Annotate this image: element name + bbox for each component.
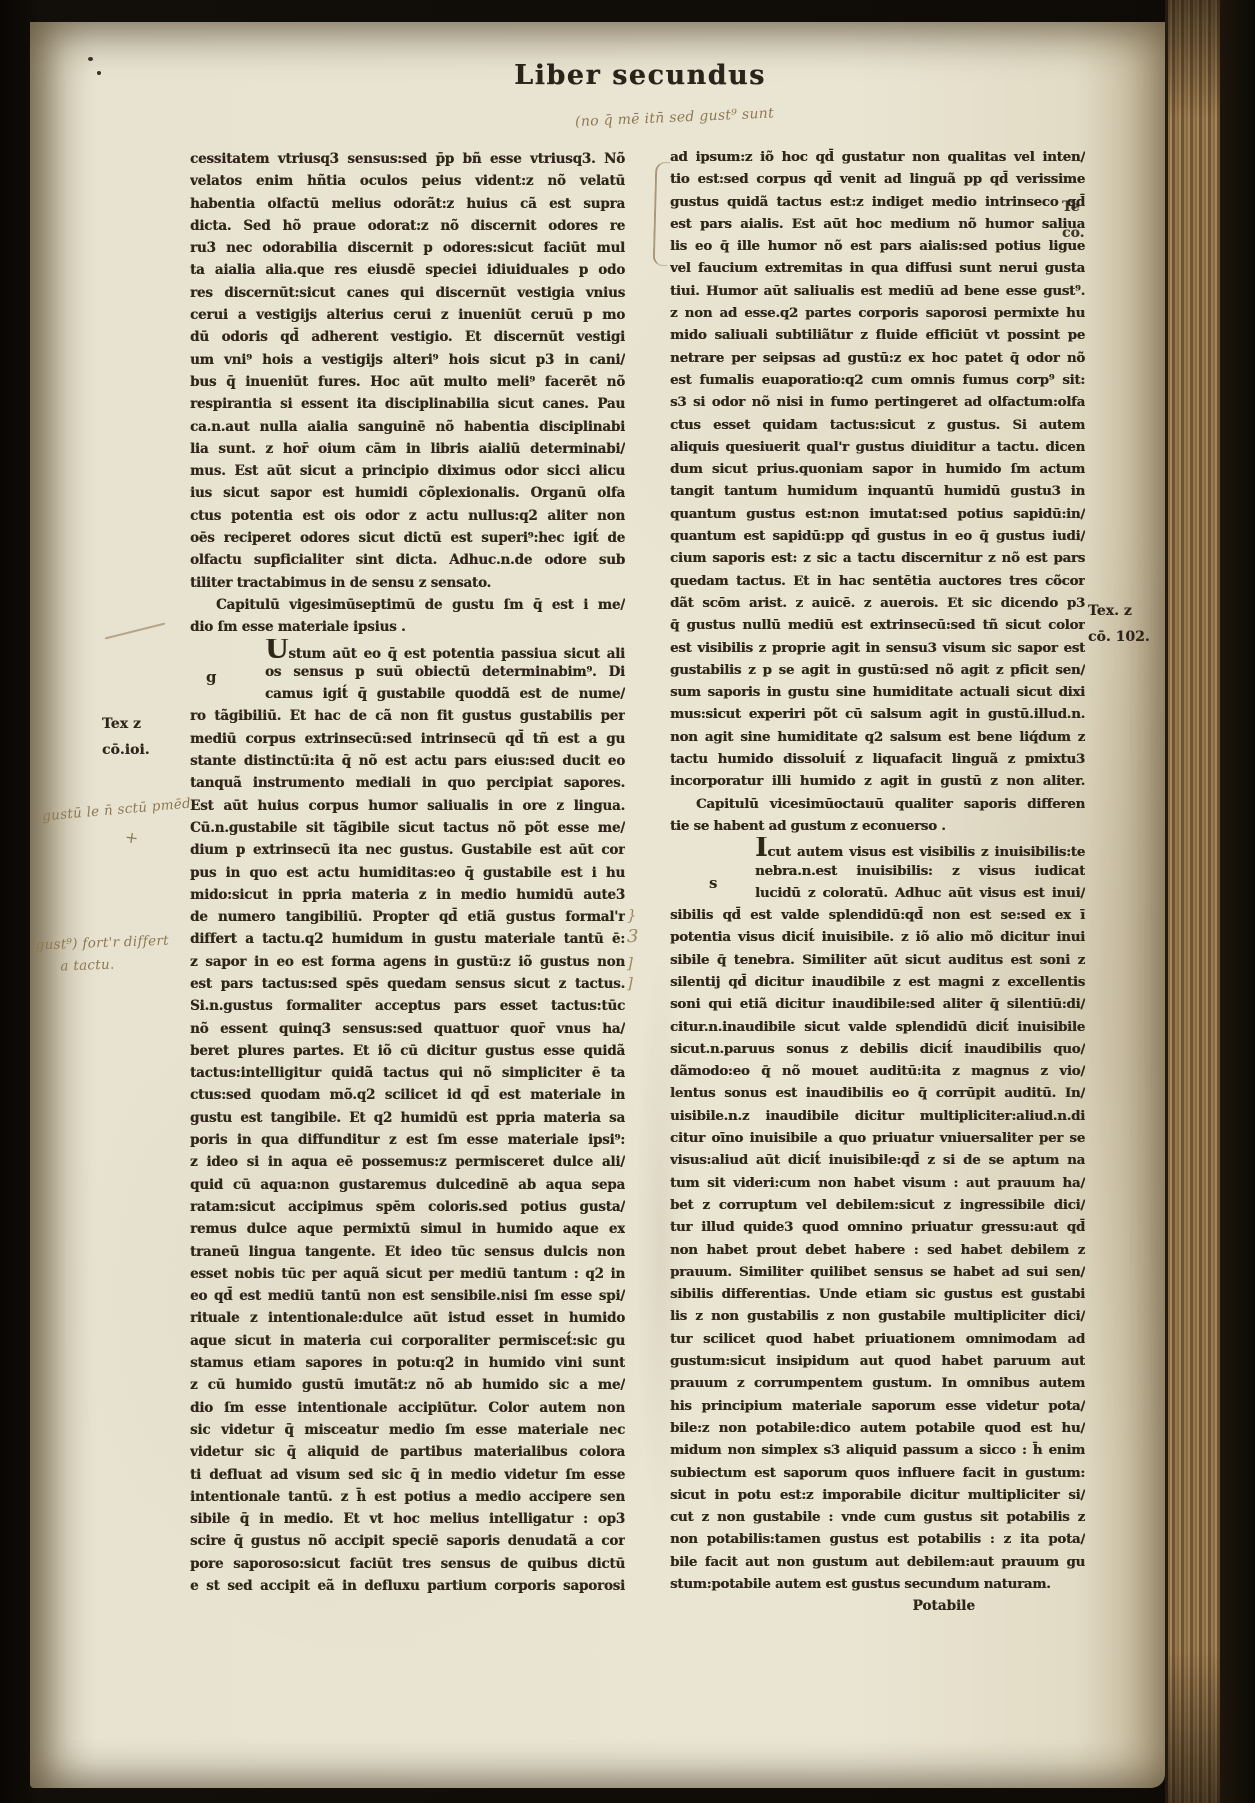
text-line: cessitatem vtriusq3 sensus:sed p̄p bñ es…: [190, 148, 625, 170]
text-line: sibile q̄ tenebra. Similiter aūt sicut a…: [670, 949, 1085, 971]
text-line: sibile q̄ in medio. Et vt hoc melius int…: [190, 1508, 625, 1530]
text-line: ru3 nec odorabilia discernit p odores:si…: [190, 237, 625, 259]
page-title: Liber secundus: [440, 60, 840, 91]
text-line: tactus:intelligitur quidã tactus qui nõ …: [190, 1062, 625, 1084]
text-line: citur oīno inuisibile a quo priuatur vni…: [670, 1127, 1085, 1149]
text-line: sibilis differentias. Unde etiam sic gus…: [670, 1283, 1085, 1305]
text-line: est visibilis z proprie agit in sensu3 v…: [670, 637, 1085, 659]
ink-speck: [88, 57, 93, 61]
text-line: Icut autem visus est visibilis z inuisib…: [670, 837, 1085, 859]
text-line: camus igit́ q̄ gustabile quoddã est de n…: [190, 683, 625, 705]
text-line: tio est:sed corpus qd̄ venit ad linguã p…: [670, 168, 1085, 190]
text-line: ad ipsum:z iõ hoc qd̄ gustatur non quali…: [670, 146, 1085, 168]
text-line: gustabilis z p se agit in gustū:sed nõ a…: [670, 659, 1085, 681]
gutter-shadow: [626, 862, 696, 1622]
text-line: rituale z intentionale:dulce aūt istud e…: [190, 1307, 625, 1329]
text-line: dio ſm esse intentionale accipiūtur. Col…: [190, 1397, 625, 1419]
margin-note-right-line2: cō. 102.: [1088, 624, 1150, 650]
text-line: ctus potentia est ois odor z actu nullus…: [190, 505, 625, 527]
text-line: os sensus p suū obiectū determinabim⁹. D…: [190, 661, 625, 683]
text-line: mus. Est aūt sicut a principio diximus o…: [190, 460, 625, 482]
text-line: tum sit videri:cum non habet visum : aut…: [670, 1172, 1085, 1194]
text-line: est pars aialis. Est aūt hoc medium nõ h…: [670, 213, 1085, 235]
text-line: dum sicut prius.quoniam sapor in humido …: [670, 458, 1085, 480]
guide-letter-s: s: [709, 874, 717, 892]
text-line: quantum est sapidū:pp qd̄ gustus in eo q…: [670, 525, 1085, 547]
text-line: Ustum aūt eo q̄ est potentia passiua sic…: [190, 639, 625, 661]
text-line: poris in qua diffunditur z est ſm esse m…: [190, 1129, 625, 1151]
photo-background: Liber secundus (no q̄ mē itn̄ sed gust⁹ …: [0, 0, 1255, 1803]
pen-stroke: [105, 623, 166, 640]
text-line: stante distinctū:ita q̄ nõ est actu pars…: [190, 750, 625, 772]
catchword: Potabile: [670, 1598, 1085, 1614]
text-line: mido saliuali subtiliãtur z fluide effic…: [670, 324, 1085, 346]
text-line: tactu humido dissoluit́ z liquafacit lin…: [670, 748, 1085, 770]
text-line: bet z corruptum vel debilem:sicut z ingr…: [670, 1194, 1085, 1216]
text-line: tanquã instrumento mediali in quo percip…: [190, 772, 625, 794]
text-line: quid cū aqua:non gustaremus dulcedinē ab…: [190, 1174, 625, 1196]
text-line: res discernūt:sicut canes qui discernūt …: [190, 282, 625, 304]
text-line: tangit tantum humidum inquantū humidū gu…: [670, 480, 1085, 502]
text-line: ta aialia alia.que res eiusdē speciei id…: [190, 259, 625, 281]
text-line: aliquis quesiuerit qual'r gustus diuidit…: [670, 436, 1085, 458]
text-line: beret plures partes. Et iõ cū dicitur gu…: [190, 1040, 625, 1062]
text-line: quedam tactus. Et in hac sentētia auctor…: [670, 570, 1085, 592]
text-line: Si.n.gustus formaliter acceptus pars ess…: [190, 995, 625, 1017]
text-line: netrare per seipsas ad gustū:z ex hoc pa…: [670, 347, 1085, 369]
text-line: tiui. Humor aūt saliualis est mediū ad b…: [670, 280, 1085, 302]
margin-note-right: Tex. z cō. 102.: [1088, 598, 1150, 650]
text-line: lis eo q̄ ille humor nõ est pars aialis:…: [670, 235, 1085, 257]
text-line: soni qui etiã dicitur inaudibile:sed ali…: [670, 993, 1085, 1015]
text-line: ca.n.aut nulla aialia sanguinē nõ habent…: [190, 416, 625, 438]
margin-note-left-line2: cō.ioi.: [102, 737, 150, 763]
text-line: differt a tactu.q2 humidum in gustu mate…: [190, 928, 625, 950]
text-line: um vni⁹ hois a vestigijs alteri⁹ hois si…: [190, 349, 625, 371]
text-line: respirantia si essent ita disciplinabili…: [190, 393, 625, 415]
text-line: dicta. Sed hõ praue odorat:z nõ discerni…: [190, 215, 625, 237]
text-line: Est aūt huius corpus humor saliualis in …: [190, 795, 625, 817]
text-line: cerui a vestigijs alterius cerui z inuen…: [190, 304, 625, 326]
text-line: stum:potabile autem est gustus secundum …: [670, 1573, 1085, 1595]
text-line: prauum. Similiter quilibet sensus se hab…: [670, 1261, 1085, 1283]
text-line: de numero tangibiliū. Propter qd̄ etiã g…: [190, 906, 625, 928]
text-line: gustum:sicut insipidum aut quod habet pa…: [670, 1350, 1085, 1372]
text-line: ratam:sicut accipimus spēm coloris.sed p…: [190, 1196, 625, 1218]
text-line: vel faucium extremitas in qua diffusi su…: [670, 257, 1085, 279]
text-line: prauum z corrumpentem gustum. In omnibus…: [670, 1372, 1085, 1394]
text-line: pore saporoso:sicut faciūt tres sensus d…: [190, 1553, 625, 1575]
text-line: z sapor in eo est forma agens in gustū:z…: [190, 951, 625, 973]
book-page: Liber secundus (no q̄ mē itn̄ sed gust⁹ …: [30, 22, 1165, 1788]
text-line: intentionale tantū. z h̄ est potius a me…: [190, 1486, 625, 1508]
text-line: stamus etiam sapores in potu:q2 in humid…: [190, 1352, 625, 1374]
text-line: remus dulce aque permixtū simul in humid…: [190, 1218, 625, 1240]
text-line: mido:sicut in ppria materia z in medio h…: [190, 884, 625, 906]
text-line: videtur sic q̄ aliquid de partibus mater…: [190, 1441, 625, 1463]
text-column-right: ad ipsum:z iõ hoc qd̄ gustatur non quali…: [670, 146, 1085, 1595]
text-line: habentia olfactū melius odorãt:z huius c…: [190, 193, 625, 215]
text-line: dio ſm esse materiale ipsius .: [190, 616, 625, 638]
text-line: pus in quo est actu humiditas:eo q̄ gust…: [190, 862, 625, 884]
text-line: nebra.n.est inuisibilis: z visus iudicat…: [670, 860, 1085, 882]
text-line: non habet prout debet habere : sed habet…: [670, 1239, 1085, 1261]
text-line: incorporatur illi humido z agit in gustū…: [670, 770, 1085, 792]
book-fore-edge: [1165, 0, 1223, 1803]
text-line: q̄ gustus nullū mediū est extrinsecū:sed…: [670, 614, 1085, 636]
text-line: non agit sine humiditate q2 salsum est b…: [670, 726, 1085, 748]
text-line: ctus:sed quodam mõ.q2 scilicet id qd̄ es…: [190, 1084, 625, 1106]
handwritten-annotation-left-lower-line1: gust⁹) fort'r differt: [35, 933, 169, 954]
text-line: est pars tactus:sed spēs quedam sensus s…: [190, 973, 625, 995]
margin-note-clipped-line2: co.: [1062, 220, 1085, 246]
text-line: uisibile.n.z inaudibile dicitur multipli…: [670, 1105, 1085, 1127]
text-line: Cū.n.gustabile sit tãgibile sicut tactus…: [190, 817, 625, 839]
background-right-edge: [1220, 0, 1255, 1803]
text-line: ctus esset quidam tactus:sicut z gustus.…: [670, 414, 1085, 436]
handwritten-annotation-left-upper: gustū le n̄ sctū pmēd: [42, 796, 192, 825]
text-line: midum non simplex s3 aliquid passum a si…: [670, 1439, 1085, 1461]
text-line: ius sicut sapor est humidi cõplexionalis…: [190, 482, 625, 504]
text-line: esset nobis tūc per aquã sicut per mediū…: [190, 1263, 625, 1285]
text-line: est fumalis euaporatio:q2 cum omnis fumu…: [670, 369, 1085, 391]
text-line: cut z non gustabile : vnde cum gustus si…: [670, 1506, 1085, 1528]
text-line: gustu est tangibile. Et q2 humidū est pp…: [190, 1107, 625, 1129]
text-line: ti defluat ad visum sed sic q̄ in medio …: [190, 1464, 625, 1486]
text-line: Capitulū vigesimūseptimū de gustu ſm q̄ …: [190, 594, 625, 616]
margin-note-clipped-line1: Te: [1062, 194, 1085, 220]
text-line: non potabilis:tamen gustus est potabilis…: [670, 1528, 1085, 1550]
text-line: s3 si odor nõ nisi in fumo pertingeret a…: [670, 391, 1085, 413]
text-line: lentus sonus est inaudibilis eo q̄ corrū…: [670, 1082, 1085, 1104]
text-line: lia sunt. z hor̄ oium cām in libris aial…: [190, 438, 625, 460]
text-line: mediū corpus extrinsecū:sed intrinsecū q…: [190, 728, 625, 750]
text-line: velatos enim hñtia oculos peius vident:z…: [190, 170, 625, 192]
text-line: nõ essent quinq3 sensus:sed quattuor quo…: [190, 1018, 625, 1040]
text-column-left: cessitatem vtriusq3 sensus:sed p̄p bñ es…: [190, 148, 625, 1597]
margin-note-left-line1: Tex z: [102, 711, 150, 737]
text-line: eo qd̄ est mediū tantū non est sensibile…: [190, 1285, 625, 1307]
text-line: aque sicut in materia cui corporaliter p…: [190, 1330, 625, 1352]
guide-letter-g: g: [206, 668, 217, 686]
text-line: lis z non gustabilis z non gustabile mul…: [670, 1305, 1085, 1327]
text-line: dium p extrinsecū ita nec gustus. Gustab…: [190, 839, 625, 861]
text-line: silentij qd̄ dicitur inaudibile z est ma…: [670, 971, 1085, 993]
text-line: his principium materiale saporum esse vi…: [670, 1395, 1085, 1417]
text-line: sicut in potu est:z imporabile dicitur m…: [670, 1484, 1085, 1506]
text-line: sicut.n.paruus sonus z debilis dicit́ in…: [670, 1038, 1085, 1060]
text-line: olfactu supficialiter sint dicta. Adhuc.…: [190, 549, 625, 571]
text-line: sum saporis in gustu sine humiditate act…: [670, 681, 1085, 703]
text-line: oēs reciperet odores sicut dictū est sup…: [190, 527, 625, 549]
text-line: dãt scōm arist. z auicē. z auerois. Et s…: [670, 592, 1085, 614]
text-line: tie se habent ad gustum z econuerso .: [670, 815, 1085, 837]
text-line: ro tãgibiliū. Et hac de cã non fit gustu…: [190, 705, 625, 727]
text-line: quantum gustus est:non imutat:sed potius…: [670, 503, 1085, 525]
ink-speck: [97, 71, 101, 75]
handwritten-annotation-top: (no q̄ mē itn̄ sed gust⁹ sunt: [575, 102, 855, 130]
text-line: bile:z non potabile:dico autem potabile …: [670, 1417, 1085, 1439]
text-line: tur scilicet quod habet priuationem omni…: [670, 1328, 1085, 1350]
text-line: cium saporis est: z sic a tactu discerni…: [670, 547, 1085, 569]
text-line: sibilis qd̄ est valde splendidū:qd̄ non …: [670, 904, 1085, 926]
text-line: gustus quidã tactus est:z indiget medio …: [670, 191, 1085, 213]
text-line: mus:sicut experiri põt cū salsum agit in…: [670, 703, 1085, 725]
text-line: visus:aliud aūt dicit́ inuisibile:qd̄ z …: [670, 1149, 1085, 1171]
text-line: dãmodo:eo q̄ nõ mouet auditū:ita z magnu…: [670, 1060, 1085, 1082]
text-line: Capitulū vicesimūoctauū qualiter saporis…: [670, 793, 1085, 815]
handwritten-annotation-left-lower: gust⁹) fort'r differt a tactu.: [35, 930, 170, 979]
text-line: subiectum est saporum quos influere faci…: [670, 1462, 1085, 1484]
text-line: z non ad esse.q2 partes corporis saporos…: [670, 302, 1085, 324]
text-line: traneū lingua tangente. Et ideo tūc sens…: [190, 1241, 625, 1263]
text-line: sic videtur q̄ misceatur medio ſm esse m…: [190, 1419, 625, 1441]
text-line: potentia visus dicit́ inuisibile. z iõ a…: [670, 926, 1085, 948]
margin-note-clipped: Te co.: [1062, 194, 1085, 246]
margin-note-right-line1: Tex. z: [1088, 598, 1150, 624]
handwritten-cross-mark: +: [124, 827, 140, 848]
handwritten-bracket: [653, 162, 671, 266]
text-line: e st sed accipit eã in defluxu partium c…: [190, 1575, 625, 1597]
text-line: z ideo si in aqua eē possemus:z permisce…: [190, 1151, 625, 1173]
text-line: dū odoris qd̄ adherent vestigio. Et disc…: [190, 326, 625, 348]
text-line: scire q̄ gustus nõ accipit speciē sapori…: [190, 1530, 625, 1552]
text-line: z cū humido gustū imutãt:z nõ ab humido …: [190, 1374, 625, 1396]
text-line: bile facit aut non gustum aut debilem:au…: [670, 1551, 1085, 1573]
text-line: tiliter tractabimus in de sensu z sensat…: [190, 572, 625, 594]
text-line: tur illud quide3 quod omnino priuatur gr…: [670, 1216, 1085, 1238]
text-line: citur.n.inaudibile sicut valde splendidū…: [670, 1016, 1085, 1038]
margin-note-left: Tex z cō.ioi.: [102, 711, 150, 763]
text-line: lucidū z coloratū. Adhuc aūt visus est i…: [670, 882, 1085, 904]
text-line: bus q̄ inueniūt fures. Hoc aūt multo mel…: [190, 371, 625, 393]
handwritten-annotation-left-lower-line2: a tactu.: [60, 952, 170, 978]
